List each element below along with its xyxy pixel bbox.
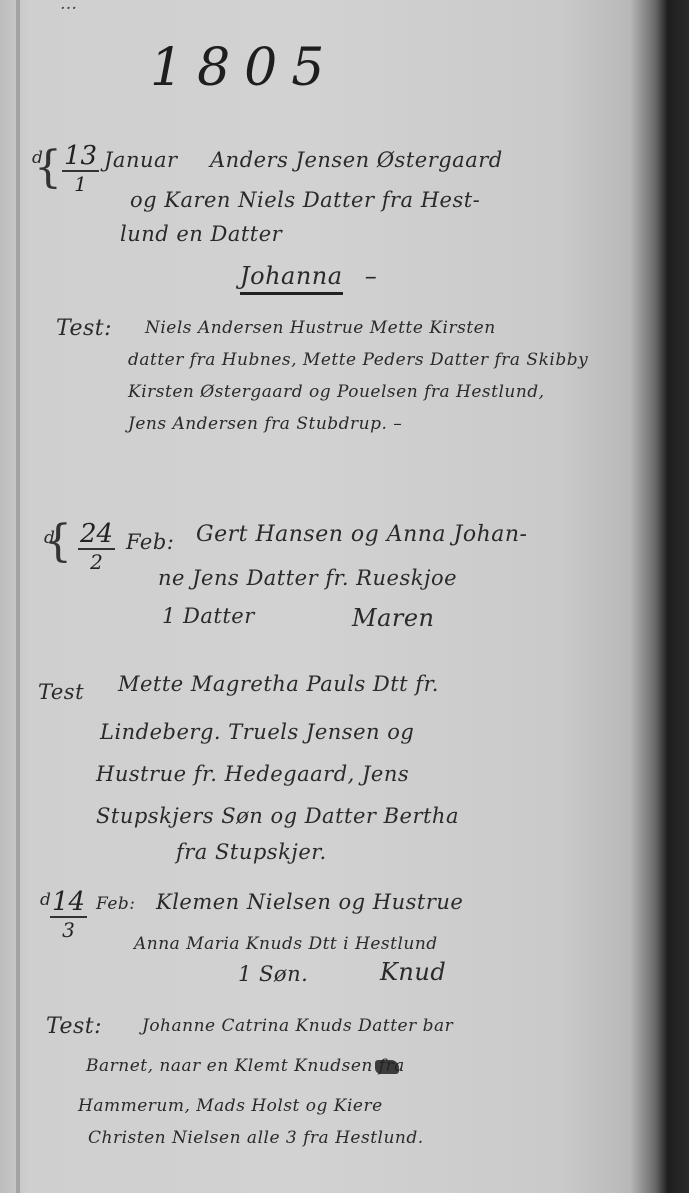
entry-3-line-2: Anna Maria Knuds Dtt i Hestlund	[134, 934, 438, 954]
entry-1-number: 1	[62, 172, 99, 196]
entry-3-line-3: 1 Søn.	[238, 962, 308, 986]
entry-3-witness-line-2: Barnet, naar en Klemt Knudsen fra	[86, 1056, 405, 1076]
entry-2-witness-label: Test	[38, 680, 84, 704]
entry-2-child-name: Maren	[352, 604, 435, 632]
entry-3-witness-line-1: Johanne Catrina Knuds Datter bar	[142, 1016, 453, 1036]
top-fragment-text: …	[60, 0, 78, 14]
entry-1-line-2: og Karen Niels Datter fra Hest-	[130, 188, 480, 212]
entry-1-witness-label: Test:	[56, 316, 112, 341]
entry-2-witness-line-4: Stupskjers Søn og Datter Bertha	[96, 804, 459, 828]
entry-3-number: 3	[50, 918, 87, 942]
entry-1-witness-line-2: datter fra Hubnes, Mette Peders Datter f…	[128, 350, 588, 370]
entry-1-child-suffix: –	[365, 262, 378, 290]
entry-2-line-1: Gert Hansen og Anna Johan-	[196, 522, 528, 547]
margin-rule	[16, 0, 20, 1193]
entry-1-child-name: Johanna –	[240, 262, 377, 290]
entry-3-witness-line-3: Hammerum, Mads Holst og Kiere	[78, 1096, 383, 1116]
entry-3-line-1: Klemen Nielsen og Hustrue	[156, 890, 463, 914]
year-heading: 1805	[150, 38, 338, 98]
entry-1-month: Januar	[104, 148, 178, 172]
entry-1-witness-line-4: Jens Andersen fra Stubdrup. –	[128, 414, 402, 434]
entry-2-day: 24	[78, 520, 115, 550]
entry-2-margin-mark: d	[44, 528, 55, 548]
register-page-scan: … 1805 d { 13 1 Januar Anders Jensen Øst…	[0, 0, 689, 1193]
entry-3-month: Feb:	[96, 894, 136, 914]
entry-2-witness-line-5: fra Stupskjer.	[176, 840, 327, 864]
entry-2-number: 2	[78, 550, 115, 574]
entry-3-witness-line-4: Christen Nielsen alle 3 fra Hestlund.	[88, 1128, 424, 1148]
entry-3-day: 14	[50, 888, 87, 918]
entry-2-line-3: 1 Datter	[162, 604, 255, 628]
entry-2-witness-line-2: Lindeberg. Truels Jensen og	[100, 720, 414, 744]
ink-blot	[375, 1060, 399, 1074]
entry-2-witness-line-1: Mette Magretha Pauls Dtt fr.	[118, 672, 439, 696]
entry-1-witness-line-1: Niels Andersen Hustrue Mette Kirsten	[145, 318, 496, 338]
entry-2-line-2: ne Jens Datter fr. Rueskjoe	[158, 566, 457, 590]
entry-1-date-fraction: 13 1	[62, 142, 99, 196]
entry-3-child-name: Knud	[380, 958, 446, 986]
entry-3-date-fraction: 14 3	[50, 888, 87, 942]
entry-3-witness-label: Test:	[46, 1014, 102, 1039]
entry-1-witness-line-3: Kirsten Østergaard og Pouelsen fra Hestl…	[128, 382, 545, 402]
entry-2-month: Feb:	[126, 530, 174, 554]
entry-2-date-fraction: 24 2	[78, 520, 115, 574]
entry-2-witness-line-3: Hustrue fr. Hedegaard, Jens	[96, 762, 409, 786]
entry-1-line-3: lund en Datter	[120, 222, 282, 246]
entry-1-child-name-text: Johanna	[240, 262, 343, 295]
entry-1-day: 13	[62, 142, 99, 172]
brace-icon: {	[34, 146, 62, 190]
entry-1-line-1: Anders Jensen Østergaard	[210, 148, 503, 172]
